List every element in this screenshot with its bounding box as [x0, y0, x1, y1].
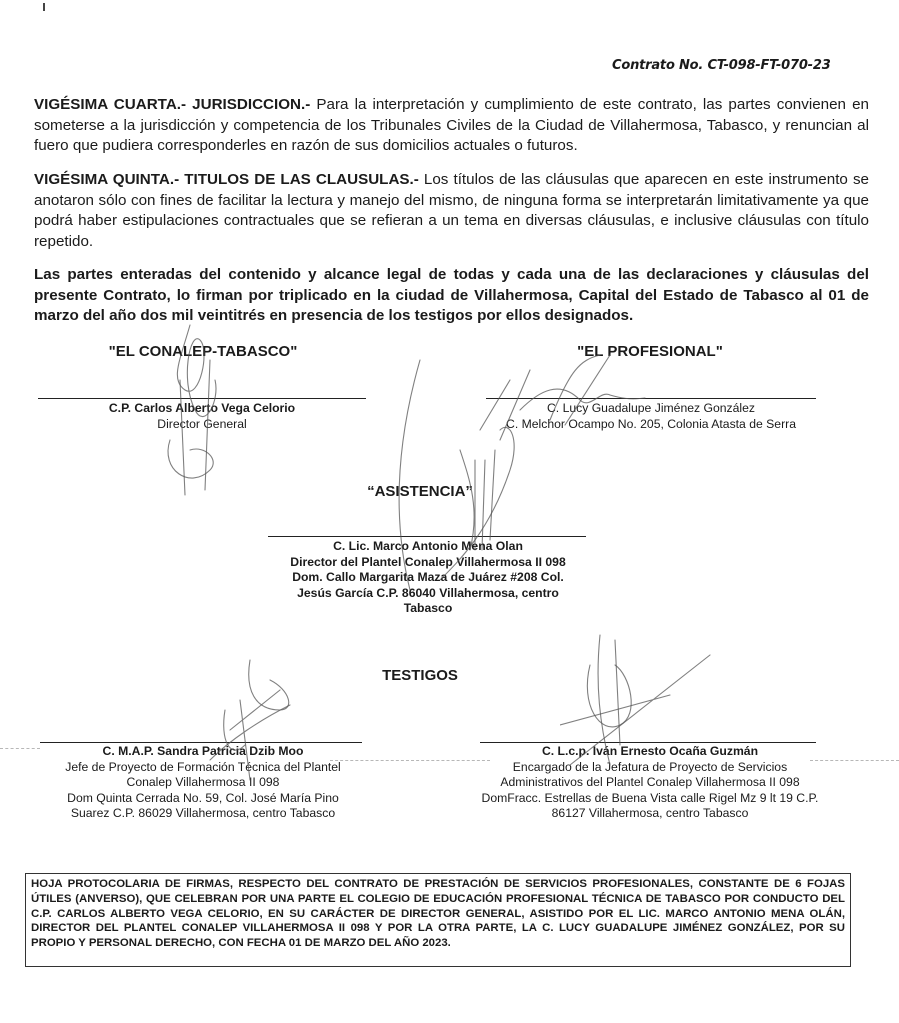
- signatory-line: Suarez C.P. 86029 Villahermosa, centro T…: [28, 806, 378, 822]
- scan-mark: [43, 3, 45, 11]
- signatory-name: C. L.c.p. Iván Ernesto Ocaña Guzmán: [456, 744, 844, 760]
- clause-vigesima-cuarta: VIGÉSIMA CUARTA.- JURISDICCION.- Para la…: [34, 95, 869, 157]
- signatory-line: Administrativos del Plantel Conalep Vill…: [456, 775, 844, 791]
- signatory-witness-1: C. M.A.P. Sandra Patricia Dzib Moo Jefe …: [28, 744, 378, 822]
- signature-line-conalep: [38, 398, 366, 399]
- signatory-name: C. Lucy Guadalupe Jiménez González: [476, 401, 826, 417]
- witnesses-label: TESTIGOS: [350, 667, 490, 684]
- scan-streak: [0, 748, 40, 749]
- signatory-line: Dom. Callo Margarita Maza de Juárez #208…: [258, 570, 598, 586]
- signatory-name: C. M.A.P. Sandra Patricia Dzib Moo: [28, 744, 378, 760]
- contract-number: Contrato No. CT-098-FT-070-23: [612, 58, 831, 73]
- signatory-line: Conalep Villahermosa II 098: [28, 775, 378, 791]
- signatory-line: Tabasco: [258, 601, 598, 617]
- signature-line-witness-2: [480, 742, 816, 743]
- signatory-line: Director del Plantel Conalep Villahermos…: [258, 555, 598, 571]
- signatory-name: C.P. Carlos Alberto Vega Celorio: [38, 401, 366, 417]
- signature-line-asistencia: [268, 536, 586, 537]
- signatory-line: Jefe de Proyecto de Formación Técnica de…: [28, 760, 378, 776]
- clause-title: VIGÉSIMA CUARTA.- JURISDICCION.-: [34, 96, 310, 113]
- signature-profesional-icon: [510, 350, 650, 450]
- signatory-conalep: C.P. Carlos Alberto Vega Celorio Directo…: [38, 401, 366, 432]
- signature-line-profesional: [486, 398, 816, 399]
- signatory-line: Encargado de la Jefatura de Proyecto de …: [456, 760, 844, 776]
- scan-streak: [810, 760, 899, 761]
- signatory-role: Director General: [38, 417, 366, 433]
- signatory-address: C. Melchor Ocampo No. 205, Colonia Atast…: [476, 417, 826, 433]
- party-label-conalep: "EL CONALEP-TABASCO": [68, 343, 338, 360]
- party-label-asistencia: “ASISTENCIA”: [320, 483, 520, 500]
- clause-title: VIGÉSIMA QUINTA.- TITULOS DE LAS CLAUSUL…: [34, 171, 419, 188]
- signatory-line: Jesús García C.P. 86040 Villahermosa, ce…: [258, 586, 598, 602]
- clause-vigesima-quinta: VIGÉSIMA QUINTA.- TITULOS DE LAS CLAUSUL…: [34, 170, 869, 253]
- signatory-witness-2: C. L.c.p. Iván Ernesto Ocaña Guzmán Enca…: [456, 744, 844, 822]
- closing-statement: Las partes enteradas del contenido y alc…: [34, 265, 869, 327]
- signatory-line: Dom Quinta Cerrada No. 59, Col. José Mar…: [28, 791, 378, 807]
- signatory-line: 86127 Villahermosa, centro Tabasco: [456, 806, 844, 822]
- signatory-line: DomFracc. Estrellas de Buena Vista calle…: [456, 791, 844, 807]
- signature-line-witness-1: [40, 742, 362, 743]
- signatory-name: C. Lic. Marco Antonio Mena Olan: [258, 539, 598, 555]
- signatory-profesional: C. Lucy Guadalupe Jiménez González C. Me…: [476, 401, 826, 432]
- party-label-profesional: "EL PROFESIONAL": [520, 343, 780, 360]
- signatory-asistencia: C. Lic. Marco Antonio Mena Olan Director…: [258, 539, 598, 617]
- scan-streak: [330, 760, 490, 761]
- protocol-signature-note: HOJA PROTOCOLARIA DE FIRMAS, RESPECTO DE…: [25, 873, 851, 967]
